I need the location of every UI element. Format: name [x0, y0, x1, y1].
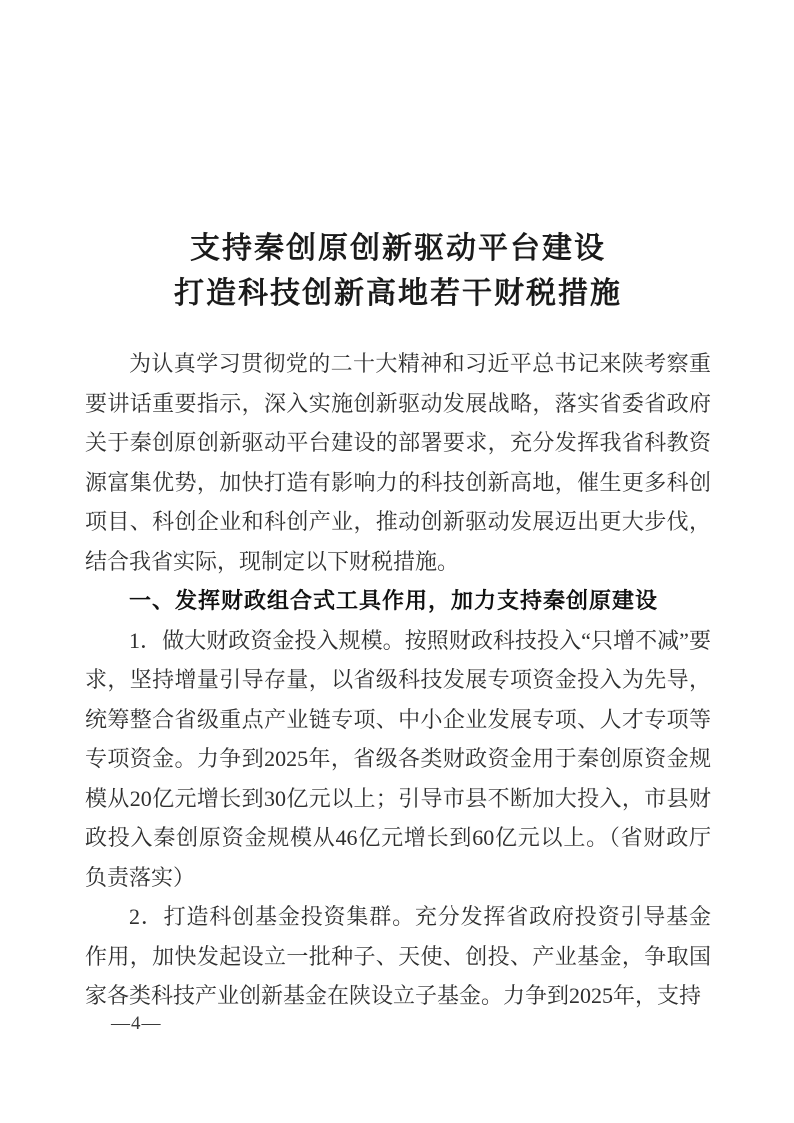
document-title: 支持秦创原创新驱动平台建设 打造科技创新高地若干财税措施 [85, 226, 711, 316]
document-content: 支持秦创原创新驱动平台建设 打造科技创新高地若干财税措施 为认真学习贯彻党的二十… [85, 0, 711, 1016]
measure-item-1: 1．做大财政资金投入规模。按照财政科技投入“只增不减”要求，坚持增量引导存量，以… [85, 621, 711, 898]
title-line-2: 打造科技创新高地若干财税措施 [174, 277, 622, 310]
title-line-1: 支持秦创原创新驱动平台建设 [190, 232, 606, 265]
measure-item-2: 2．打造科创基金投资集群。充分发挥省政府投资引导基金作用，加快发起设立一批种子、… [85, 897, 711, 1016]
intro-paragraph: 为认真学习贯彻党的二十大精神和习近平总书记来陕考察重要讲话重要指示，深入实施创新… [85, 344, 711, 581]
section-1-heading: 一、发挥财政组合式工具作用，加力支持秦创原建设 [85, 581, 711, 621]
page-number: —4— [111, 1013, 162, 1035]
document-body: 为认真学习贯彻党的二十大精神和习近平总书记来陕考察重要讲话重要指示，深入实施创新… [85, 344, 711, 1016]
document-page: 支持秦创原创新驱动平台建设 打造科技创新高地若干财税措施 为认真学习贯彻党的二十… [0, 0, 794, 1123]
